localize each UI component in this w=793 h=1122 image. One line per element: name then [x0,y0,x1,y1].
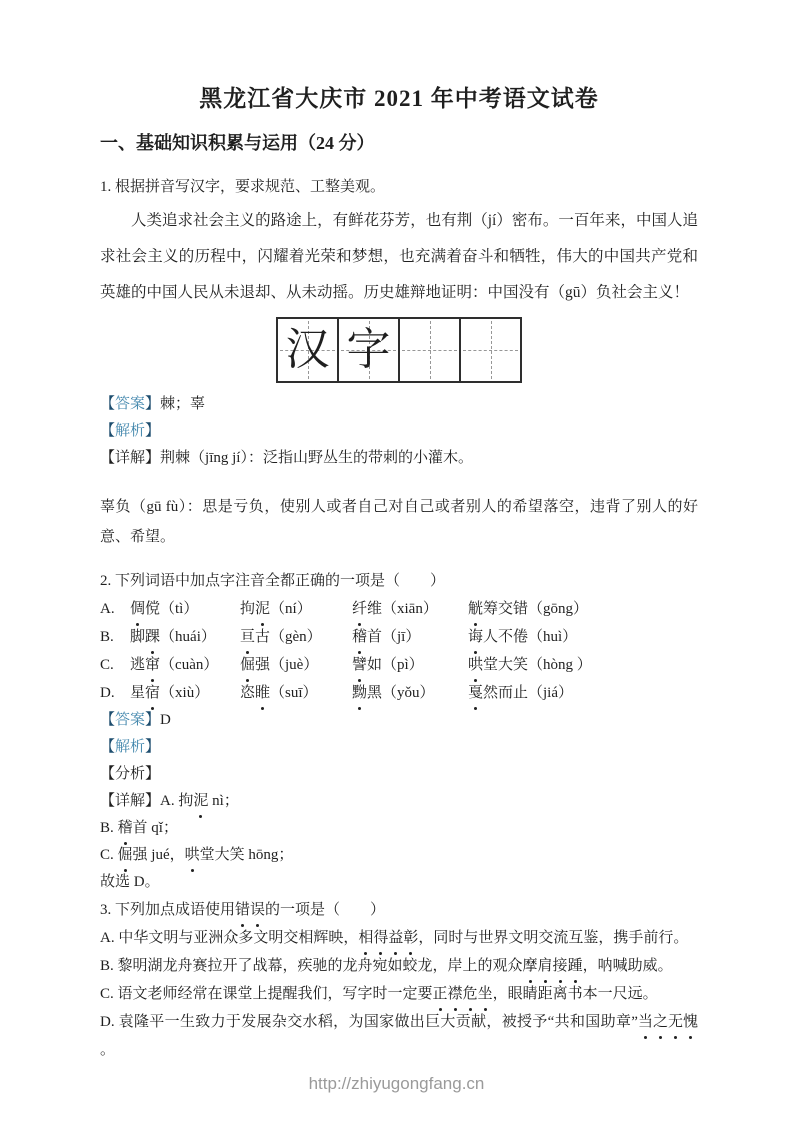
q3-option-d: D. 袁隆平一生致力于发展杂交水稻，为国家做出巨大贡献，被授予“共和国助章”当之… [100,1008,698,1064]
detail-label: 【详解】 [100,450,160,466]
detail-label: 【详解】 [100,793,160,809]
option-word: 哄堂大笑（hòng ） [468,651,592,679]
option-label: C. [100,651,130,679]
q2-option-a: A.倜傥（tì）拘泥（ní）纤维（xiān）觥筹交错（gōng） [100,595,698,623]
option-word: 诲人不倦（huì） [468,623,577,651]
q2-jiexi-line: 【解析】 [100,734,698,761]
q1-answer-text: 棘；辜 [160,396,205,412]
q2-detail-text: A. 拘泥 nì； [160,793,239,809]
option-word: 星宿（xiù） [130,679,240,707]
q3-option-b: B. 黎明湖龙舟赛拉开了战幕，疾驰的龙舟宛如蛟龙，岸上的观众摩肩接踵，呐喊助威。 [100,952,698,980]
section-heading: 一、基础知识积累与运用（24 分） [100,129,698,155]
option-word: 稽首（jī） [352,623,468,651]
q3-stem: 3. 下列加点成语使用错误的一项是（ ） [100,896,698,924]
watermark-url: http://zhiyugongfang.cn [0,1074,793,1094]
jiexi-label: 【解析】 [100,423,160,439]
option-word: 拘泥（ní） [240,595,352,623]
page-content: 黑龙江省大庆市 2021 年中考语文试卷 一、基础知识积累与运用（24 分） 1… [100,0,698,1064]
grid-cell-4 [461,319,520,381]
q1-detail-text: 荆棘（jīng jí）：泛指山野丛生的带刺的小灌木。 [160,450,473,466]
q1-answer-line: 【答案】棘；辜 [100,391,698,418]
option-word: 亘古（gèn） [240,623,352,651]
option-word: 黝黑（yǒu） [352,679,468,707]
answer-label: 【答案】 [100,712,160,728]
grid-cell-char: 字 [347,328,391,372]
option-label: A. [100,595,130,623]
q2-answer-text: D [160,712,171,728]
answer-label: 【答案】 [100,396,160,412]
jiexi-label: 【解析】 [100,739,160,755]
q1-detail-line: 【详解】荆棘（jīng jí）：泛指山野丛生的带刺的小灌木。 [100,445,698,472]
q2-option-b: B.脚踝（huái）亘古（gèn）稽首（jī）诲人不倦（huì） [100,623,698,651]
grid-cell-char: 汉 [286,328,330,372]
option-word: 恣睢（suī） [240,679,352,707]
page-title: 黑龙江省大庆市 2021 年中考语文试卷 [100,80,698,113]
option-word: 脚踝（huái） [130,623,240,651]
option-label: D. [100,679,130,707]
q2-detail-line-1: 【详解】A. 拘泥 nì； [100,788,698,815]
q1-stem: 1. 根据拼音写汉字，要求规范、工整美观。 [100,173,698,201]
option-word: 倜傥（tì） [130,595,240,623]
option-word: 逃窜（cuàn） [130,651,240,679]
q2-stem: 2. 下列词语中加点字注音全都正确的一项是（ ） [100,567,698,595]
q1-note: 辜负（gū fù）：思是亏负，使别人或者自己对自己或者别人的希望落空，违背了别人… [100,492,698,552]
exam-paper-page: { "brackets": { "l": "【", "r": "】" }, "d… [0,0,793,1122]
grid-cell-1: 汉 [278,319,339,381]
q2-option-d: D.星宿（xiù）恣睢（suī）黝黑（yǒu）戛然而止（jiá） [100,679,698,707]
analysis-label: 【分析】 [100,766,160,782]
q2-detail-line-2: B. 稽首 qǐ； [100,815,698,842]
q3-option-a: A. 中华文明与亚洲众多文明交相辉映，相得益彰，同时与世界文明交流互鉴，携手前行… [100,924,698,952]
option-word: 纤维（xiān） [352,595,468,623]
grid-cell-2: 字 [339,319,400,381]
q1-passage: 人类追求社会主义的路途上，有鲜花芬芳，也有荆（jí）密布。一百年来，中国人追求社… [100,203,698,311]
option-word: 譬如（pì） [352,651,468,679]
q2-option-c: C.逃窜（cuàn）倔强（juè）譬如（pì）哄堂大笑（hòng ） [100,651,698,679]
q2-answer-line: 【答案】D [100,707,698,734]
option-word: 觥筹交错（gōng） [468,595,588,623]
writing-grid: 汉 字 [276,317,522,383]
q2-detail-line-3: C. 倔强 jué，哄堂大笑 hōng； [100,842,698,869]
q2-detail-line-4: 故选 D。 [100,869,698,896]
q1-jiexi-line: 【解析】 [100,418,698,445]
option-word: 戛然而止（jiá） [468,679,573,707]
option-label: B. [100,623,130,651]
q2-analysis-line: 【分析】 [100,761,698,788]
q1-writing-grid-wrap: 汉 字 [100,317,698,383]
option-word: 倔强（juè） [240,651,352,679]
q3-option-c: C. 语文老师经常在课堂上提醒我们，写字时一定要正襟危坐，眼睛距离书本一尺远。 [100,980,698,1008]
grid-cell-3 [400,319,461,381]
